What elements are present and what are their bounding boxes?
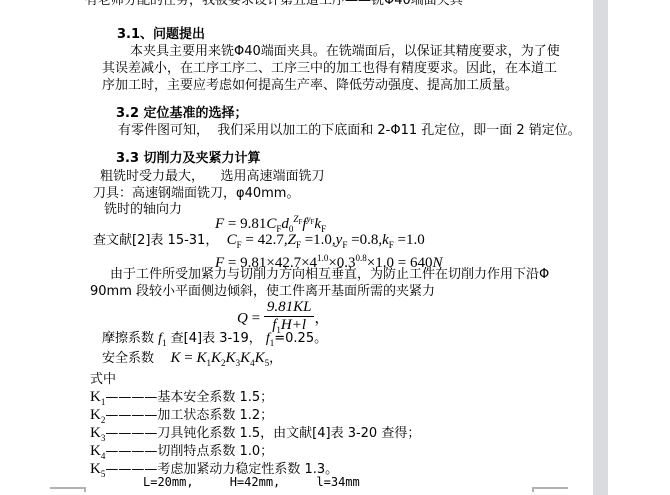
paragraph-line: 本夹具主要用来铣Φ40端面夹具。在铣端面后，以保证其精度要求，为了使 xyxy=(130,44,560,60)
math-op: = 9.81 xyxy=(224,216,266,232)
math-var: K4 xyxy=(90,443,105,459)
margin-crop-mark-left-tick xyxy=(84,487,86,492)
math-var: Z xyxy=(288,232,296,248)
math-val: =1.0, xyxy=(301,232,336,248)
math-var: K xyxy=(171,350,181,366)
paragraph-line: 铣时的轴向力 xyxy=(104,202,182,218)
math-op: = xyxy=(248,310,264,326)
coefficients: CF = 42.7,ZF =1.0,yF =0.8,kF =1.0 xyxy=(227,232,425,248)
label-text: 安全系数 xyxy=(102,351,171,366)
math-var: K xyxy=(240,350,250,366)
punctuation: ， xyxy=(314,310,329,326)
paragraph-line: 刀具：高速钢端面铣刀，φ40mm。 xyxy=(93,186,299,202)
formula-legend-intro: 式中 xyxy=(90,372,116,388)
math-var: K5 xyxy=(90,461,105,477)
math-var: C xyxy=(266,216,276,232)
dimensions-line: L=20mm, H=42mm, l=34mm xyxy=(143,474,360,490)
math-var: K xyxy=(255,350,265,366)
punctuation: ， xyxy=(269,351,282,366)
math-var: 9.81KL xyxy=(267,299,312,315)
math-val: =1.0 xyxy=(394,232,425,248)
fraction-numerator: 9.81KL xyxy=(264,300,315,317)
math-var: d xyxy=(281,216,289,232)
math-var: Q xyxy=(237,310,248,326)
section-heading-3-1: 3.1、问题提出 xyxy=(117,27,205,43)
section-heading-3-3: 3.3 切削力及夹紧力计算 xyxy=(116,151,261,167)
label-text: 摩擦系数 xyxy=(102,331,158,346)
math-val: =0.8, xyxy=(347,232,382,248)
paragraph-line: 90mm 段较小平面侧边倾斜，使工件离开基面所需的夹紧力 xyxy=(90,284,435,300)
friction-coefficient-line: 摩擦系数 f1 查[4]表 3-19， f1=0.25。 xyxy=(102,331,327,351)
math-var: k xyxy=(382,232,389,248)
paragraph-line: 有零件图可知， 我们采用以加工的下底面和 2-Φ11 孔定位，即一面 2 销定位… xyxy=(118,123,581,139)
safety-factor-line: 安全系数 K = K1K2K3K4K5， xyxy=(102,350,282,371)
math-var: K xyxy=(226,350,236,366)
math-var: K xyxy=(197,350,207,366)
margin-crop-mark-right-tick xyxy=(532,487,534,492)
math-sup: ZF xyxy=(293,214,302,224)
math-var: C xyxy=(227,232,237,248)
math-val: =0.25。 xyxy=(274,331,327,346)
paragraph-line-clipped: 有老师分配的任务，我被要求设计第五道工序——铣Φ40端面夹具 xyxy=(85,0,463,9)
coefficient-description: ————刀具钝化系数 1.5，由文献[4]表 3-20 查得； xyxy=(105,426,420,441)
math-sup: 0.8 xyxy=(356,253,367,263)
margin-crop-mark-right xyxy=(532,487,568,489)
math-val: = 42.7, xyxy=(242,232,288,248)
safety-factor-formula: K = K1K2K3K4K5 xyxy=(171,350,270,366)
paragraph-line: 序加工时，主要应考虑如何提高生产率、降低劳动强度、提高加工质量。 xyxy=(102,78,518,94)
section-heading-3-2: 3.2 定位基准的选择； xyxy=(116,106,248,122)
math-var: K xyxy=(211,350,221,366)
coefficient-description: ————加工状态系数 1.2； xyxy=(105,408,273,423)
coefficient-description: ————切削特点系数 1.0； xyxy=(105,444,273,459)
document-page: 有老师分配的任务，我被要求设计第五道工序——铣Φ40端面夹具 3.1、问题提出 … xyxy=(0,0,670,495)
label-text: 查[4]表 3-19， xyxy=(167,331,266,346)
paragraph-line: 其误差减小，在工序工序二、工序三中的加工也得有精度要求。因此，在本道工 xyxy=(102,61,557,77)
math-var: K3 xyxy=(90,425,105,441)
paragraph-line: 粗铣时受力最大， 选用高速端面铣刀 xyxy=(100,169,325,185)
math-op: = xyxy=(181,350,197,366)
margin-crop-mark-left xyxy=(50,487,86,489)
scrollbar-track[interactable] xyxy=(593,0,608,495)
math-var: K1 xyxy=(90,389,105,405)
reference-text: 查文献[2]表 15-31， xyxy=(93,233,227,248)
coefficient-description: ————基本安全系数 1.5； xyxy=(105,390,273,405)
math-sup: 1.0 xyxy=(317,253,328,263)
math-var: K2 xyxy=(90,407,105,423)
paragraph-line: 由于工件所受加紧力与切削力方向相互垂直，为防止工件在切削力作用下沿Φ xyxy=(110,267,549,283)
math-var: F xyxy=(215,216,224,232)
